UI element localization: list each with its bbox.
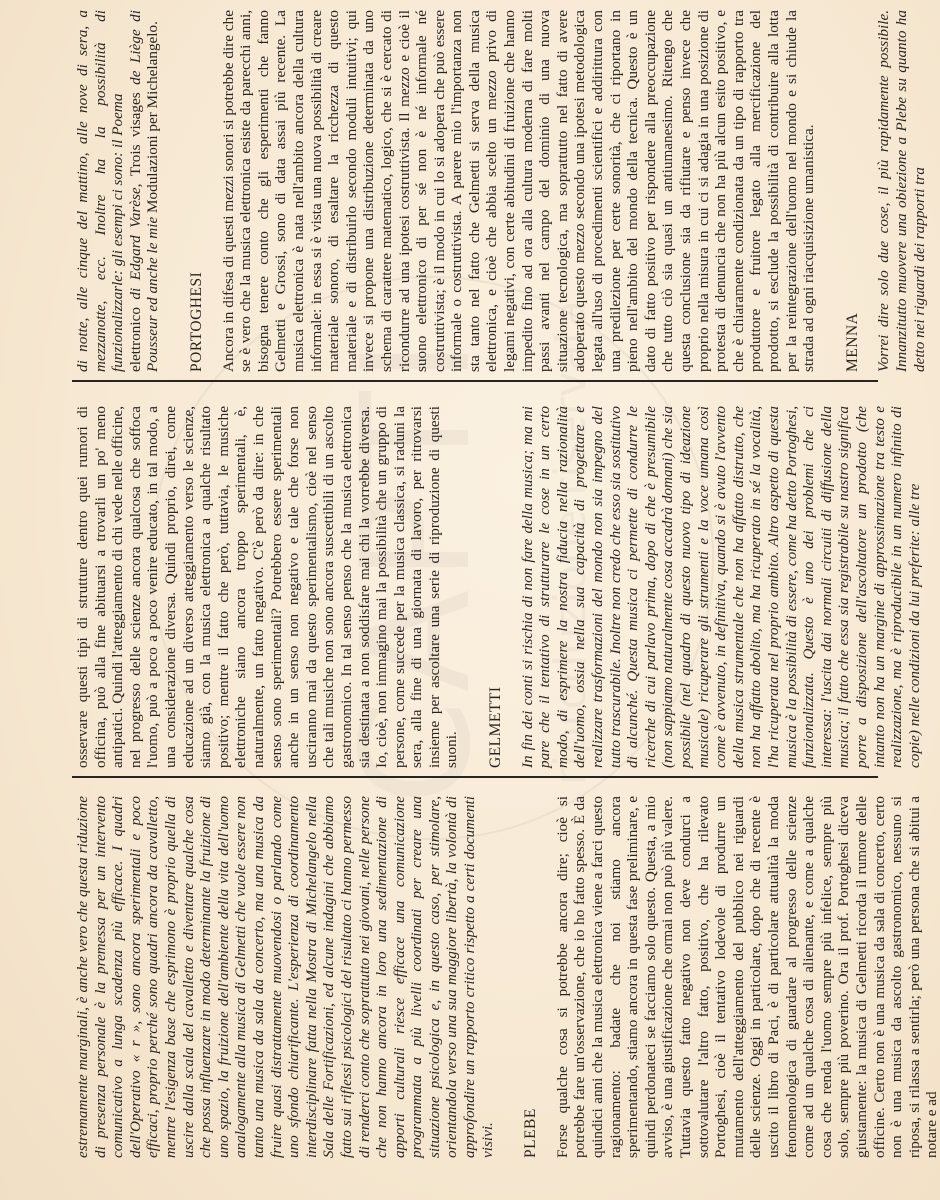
column-3: di notte, alle cinque del mattino, alle … <box>74 10 928 372</box>
text-segment: Trois visages <box>127 85 144 176</box>
paragraph: Vorrei dire solo due cose, il più rapida… <box>875 10 928 372</box>
text-segment: Modulazioni per Michelangelo. <box>144 21 161 213</box>
column-1: estremamente marginali, è anche vero che… <box>74 796 940 1158</box>
paragraph: Ancora in difesa di questi mezzi sonori … <box>220 10 818 372</box>
paragraph: estremamente marginali, è anche vero che… <box>74 796 496 1158</box>
rotated-page: CAPTI riproduzione riservata estremament… <box>0 0 940 1200</box>
column-divider <box>72 776 878 778</box>
text-segment: di Edgard Varèse, <box>127 176 144 300</box>
column-divider <box>72 380 878 382</box>
column-2: osservare questi tipi di strutture dentr… <box>74 406 923 768</box>
text-segment: elettronico <box>127 300 144 372</box>
paragraph: elettronico di Edgard Varèse, Trois visa… <box>127 10 162 372</box>
speaker-name: MENNA <box>844 10 862 372</box>
speaker-name: PLEBE <box>522 796 540 1158</box>
paragraph: di notte, alle cinque del mattino, alle … <box>74 10 127 372</box>
speaker-name: PORTOGHESI <box>188 10 206 372</box>
speaker-name: GELMETTI <box>487 406 505 768</box>
paragraph: In fin dei conti si rischia di non fare … <box>519 406 924 768</box>
paragraph: osservare questi tipi di strutture dentr… <box>74 406 461 768</box>
paragraph: Forse qualche cosa si potrebbe ancora di… <box>554 796 940 1158</box>
